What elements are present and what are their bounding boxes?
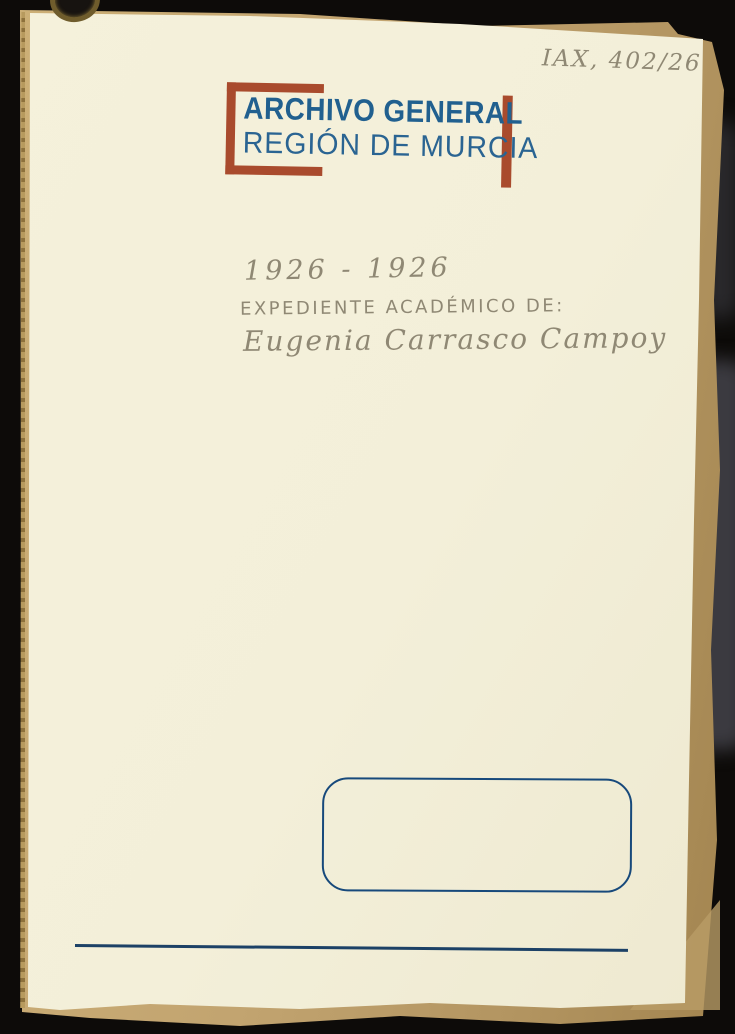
handwritten-person-name: Eugenia Carrasco Campoy [243, 321, 667, 358]
logo-bracket-left [225, 82, 236, 174]
logo-title: ARCHIVO GENERAL [243, 93, 523, 129]
handwritten-date-range: 1926 - 1926 [244, 252, 452, 287]
empty-stamp-box [322, 777, 633, 893]
logo-text: ARCHIVO GENERAL REGIÓN DE MURCIA [243, 93, 555, 165]
archivo-general-logo: ARCHIVO GENERAL REGIÓN DE MURCIA [221, 79, 523, 193]
logo-subtitle: REGIÓN DE MURCIA [243, 129, 539, 165]
reference-code-handwritten: IAX, 402/26 [542, 45, 702, 77]
scanned-archive-cover: IAX, 402/26 ARCHIVO GENERAL REGIÓN DE MU… [0, 0, 735, 1034]
logo-bracket-bottom [225, 165, 322, 176]
handwritten-heading: EXPEDIENTE ACADÉMICO DE: [240, 295, 565, 319]
binding-edge [19, 12, 25, 1008]
